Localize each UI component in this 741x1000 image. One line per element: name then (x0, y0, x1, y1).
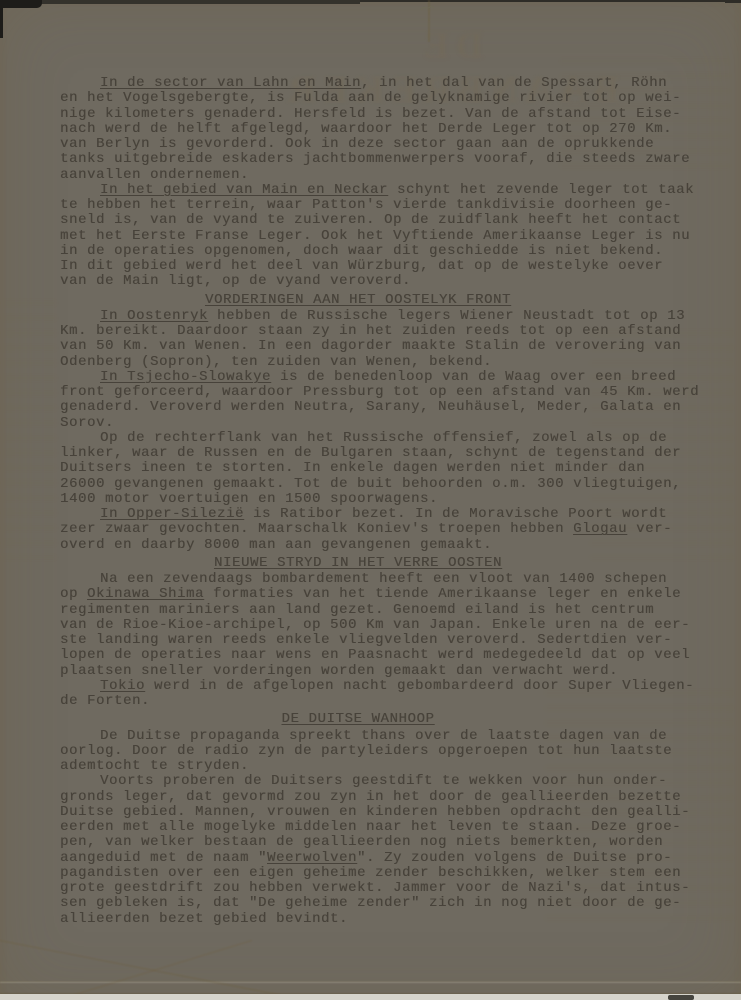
text-line: tanks uitgebreide eskaders jachtbommenwe… (60, 152, 708, 167)
paragraph: In Tsjecho-Slowakye is de benedenloop va… (60, 370, 708, 431)
text-line: linker, waar de Russen en de Bulgaren st… (60, 446, 708, 461)
text-line: en het Vogelsgebergte, is Fulda aan de g… (60, 91, 708, 106)
text-line: in de operaties opgenomen, doch waar dit… (60, 244, 708, 259)
text-line: Na een zevendaags bombardement heeft een… (60, 572, 708, 587)
text-line: van de Main ligt, op de vyand veroverd. (60, 274, 708, 289)
scan-edge-top-left-corner (0, 0, 42, 8)
crease-diagonal (0, 938, 286, 997)
text-line: Duitse gebied. Mannen, vrouwen en kinder… (60, 805, 708, 820)
text-line: Odenberg (Sopron), ten zuiden van Wenen,… (60, 355, 708, 370)
text-line: In dit gebied werd het deel van Würzburg… (60, 259, 708, 274)
text-line: In Oostenryk hebben de Russische legers … (60, 309, 708, 324)
text-line: front geforceerd, waardoor Pressburg tot… (60, 385, 708, 400)
text-line: overd en daarby 8000 man aan gevangenen … (60, 538, 708, 553)
text-line: genaderd. Veroverd werden Neutra, Sarany… (60, 400, 708, 415)
text-line: zeer zwaar gevochten. Maarschalk Koniev'… (60, 522, 708, 537)
text-line: aanvallen ondernemen. (60, 168, 708, 183)
text-line: van de Rioe-Kioe-archipel, op 500 Km van… (60, 618, 708, 633)
pen-mark (420, 2, 436, 14)
text-line: sen gebleken is, dat "De geheime zender"… (60, 896, 708, 911)
text-line: gronds leger, dat gevormd zou zyn in het… (60, 790, 708, 805)
text-line: op Okinawa Shima formaties van het tiend… (60, 587, 708, 602)
section-heading: DE DUITSE WANHOOP (34, 712, 682, 727)
text-line: Tokio werd in de afgelopen nacht gebomba… (60, 679, 708, 694)
text-line: lopen de operaties naar wens en Paasnach… (60, 648, 708, 663)
crease-diagonal (70, 939, 252, 996)
paragraph: Na een zevendaags bombardement heeft een… (60, 572, 708, 679)
bleedthrough-smudge (2, 300, 57, 560)
text-line: Km. bereikt. Daardoor staan zy in het zu… (60, 324, 708, 339)
text-line: In Tsjecho-Slowakye is de benedenloop va… (60, 370, 708, 385)
paragraph: In het gebied van Main en Neckar schynt … (60, 183, 708, 290)
text-line: van 50 Km. van Wenen. In een dagorder ma… (60, 339, 708, 354)
text-line: In Opper-Silezië is Ratibor bezet. In de… (60, 507, 708, 522)
text-line: Voorts proberen de Duitsers geestdift te… (60, 774, 708, 789)
text-line: Op de rechterflank van het Russische off… (60, 431, 708, 446)
text-line: nach werd de helft afgelegd, waardoor he… (60, 122, 708, 137)
paragraph: In Opper-Silezië is Ratibor bezet. In de… (60, 507, 708, 553)
text-line: ste landing waren reeds enkele vliegveld… (60, 633, 708, 648)
text-line: plaatsen sneller vorderingen worden gema… (60, 664, 708, 679)
text-line: te hebben het terrein, waar Patton's vie… (60, 198, 708, 213)
paragraph: De Duitse propaganda spreekt thans over … (60, 729, 708, 775)
text-line: de Forten. (60, 694, 708, 709)
scanned-document-page: DE BAANBREKER In de sector van Lahn en M… (0, 0, 741, 1000)
text-line: van Berlyn is gevorderd. Ook in deze sec… (60, 137, 708, 152)
scan-edge-top-right (725, 0, 741, 3)
text-line: grote geestdrift zou hebben verwekt. Jam… (60, 881, 708, 896)
text-line: regimenten mariniers aan land gezet. Gen… (60, 603, 708, 618)
text-line: In de sector van Lahn en Main, in het da… (60, 76, 708, 91)
paragraph: Voorts proberen de Duitsers geestdift te… (60, 774, 708, 927)
text-line: sneld is, van de vyand te zuiveren. Op d… (60, 213, 708, 228)
text-line: Sorov. (60, 416, 708, 431)
paragraph: Op de rechterflank van het Russische off… (60, 431, 708, 507)
text-line: 1400 motor voertuigen en 1500 spoorwagen… (60, 492, 708, 507)
section-heading: VORDERINGEN AAN HET OOSTELYK FRONT (34, 293, 682, 308)
text-line: De Duitse propaganda spreekt thans over … (60, 729, 708, 744)
text-line: NIEUWE STRYD IN HET VERRE OOSTEN (34, 556, 682, 571)
text-line: met het Eerste Franse Leger. Ook het Vyf… (60, 229, 708, 244)
text-line: eerden met alle mogelyke middelen naar h… (60, 820, 708, 835)
paragraph: In Oostenryk hebben de Russische legers … (60, 309, 708, 370)
paragraph: Tokio werd in de afgelopen nacht gebomba… (60, 679, 708, 710)
text-line: Duitsers ineen te storten. In enkele dag… (60, 461, 708, 476)
text-line: DE DUITSE WANHOOP (34, 712, 682, 727)
text-line: ademtocht te stryden. (60, 759, 708, 774)
text-line: oorlog. Door de radio zyn de partyleider… (60, 744, 708, 759)
text-line: In het gebied van Main en Neckar schynt … (60, 183, 708, 198)
scan-bottom-smudge (668, 995, 694, 1000)
text-line: nige kilometers genaderd. Hersfeld is be… (60, 107, 708, 122)
section-heading: NIEUWE STRYD IN HET VERRE OOSTEN (34, 556, 682, 571)
text-line: allieerden bezet gebied bevindt. (60, 912, 708, 927)
text-line: pen, van welker bestaan de geallieerden … (60, 835, 708, 850)
scan-edge-bottom (0, 994, 741, 1000)
text-line: 26000 gevangenen gemaakt. Tot de buit be… (60, 477, 708, 492)
text-line: aangeduid met de naam "Weerwolven". Zy z… (60, 851, 708, 866)
document-content: In de sector van Lahn en Main, in het da… (60, 76, 708, 927)
text-line: pagandisten over een eigen geheime zende… (60, 866, 708, 881)
text-line: VORDERINGEN AAN HET OOSTELYK FRONT (34, 293, 682, 308)
scan-edge-top-left-band (0, 0, 360, 4)
scan-edge-left (0, 0, 3, 38)
paragraph: In de sector van Lahn en Main, in het da… (60, 76, 708, 183)
